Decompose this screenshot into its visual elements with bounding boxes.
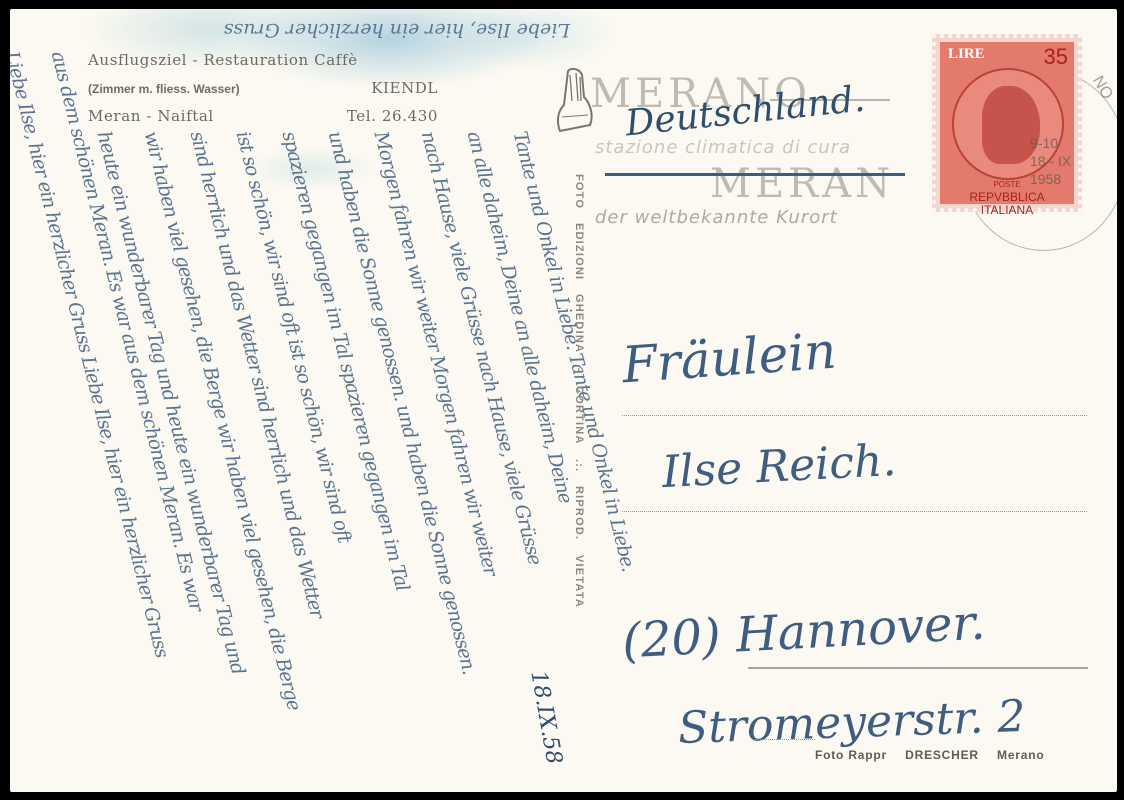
postmark-year: 1958 — [1030, 170, 1071, 188]
handwritten-strike-line — [605, 173, 905, 176]
stamp-value: 35 — [1044, 44, 1068, 70]
handwritten-top-line: Liebe Ilse, hier ein herzlicher Gruss — [224, 19, 570, 41]
postcard-back: Ausflugsziel - Restauration Caffè (Zimme… — [10, 9, 1117, 792]
publisher-word: - — [573, 368, 585, 373]
publisher-word: EDIZIONI — [573, 223, 585, 280]
address-line-4 — [755, 739, 815, 740]
publisher-vertical-text: FOTOEDIZIONIGHEDINA-CORTINA.:.RIPROD.VIE… — [573, 174, 585, 622]
postmark-day: 18 - IX — [1030, 152, 1071, 170]
postmark-time: 9-10 — [1030, 134, 1071, 152]
publisher-word: GHEDINA — [573, 294, 585, 353]
postmark-date: 9-10 18 - IX 1958 — [1030, 134, 1071, 188]
handwritten-date: 18.IX.58 — [525, 669, 566, 766]
cancellation-slogan-de: der weltbekannte Kurort — [595, 207, 838, 228]
header-location: Meran - Naiftal — [88, 107, 214, 125]
address-name: Ilse Reich. — [661, 435, 898, 498]
publisher-word: FOTO — [573, 174, 585, 209]
photo-credit-name: DRESCHER — [905, 748, 979, 762]
address-line-3 — [748, 667, 1088, 669]
address-salutation: Fräulein — [620, 322, 838, 395]
handwritten-top-text: Liebe Ilse, hier ein herzlicher Gruss — [224, 19, 570, 41]
header-phone: Tel. 26.430 — [347, 107, 438, 125]
address-city: (20) Hannover. — [621, 595, 987, 670]
photo-credit-city: Merano — [997, 748, 1044, 762]
address-street: Stromeyerstr. 2 — [677, 691, 1026, 754]
photo-credit-label: Foto Rappr — [815, 748, 887, 762]
stamp-country-line-2: ITALIANA — [940, 204, 1074, 217]
header-line-3: Meran - Naiftal Tel. 26.430 — [88, 107, 438, 125]
header-line-1: Ausflugsziel - Restauration Caffè — [88, 51, 358, 69]
publisher-logo-icon — [554, 67, 594, 137]
header-owner: KIENDL — [371, 79, 438, 97]
cancellation-city-de: MERAN — [710, 161, 894, 207]
photo-credit: Foto Rappr DRESCHER Merano — [815, 748, 1059, 762]
header-line-2: (Zimmer m. fliess. Wasser) KIENDL — [88, 79, 438, 97]
publisher-word: RIPROD. — [573, 486, 585, 540]
address-line-2 — [622, 511, 1087, 512]
publisher-word: .:. — [573, 459, 585, 472]
publisher-word: CORTINA — [573, 386, 585, 445]
header-rooms-note: (Zimmer m. fliess. Wasser) — [88, 82, 240, 96]
publisher-word: VIETATA — [573, 555, 585, 608]
address-line-1 — [622, 415, 1087, 416]
stamp-currency: LIRE — [948, 46, 985, 63]
